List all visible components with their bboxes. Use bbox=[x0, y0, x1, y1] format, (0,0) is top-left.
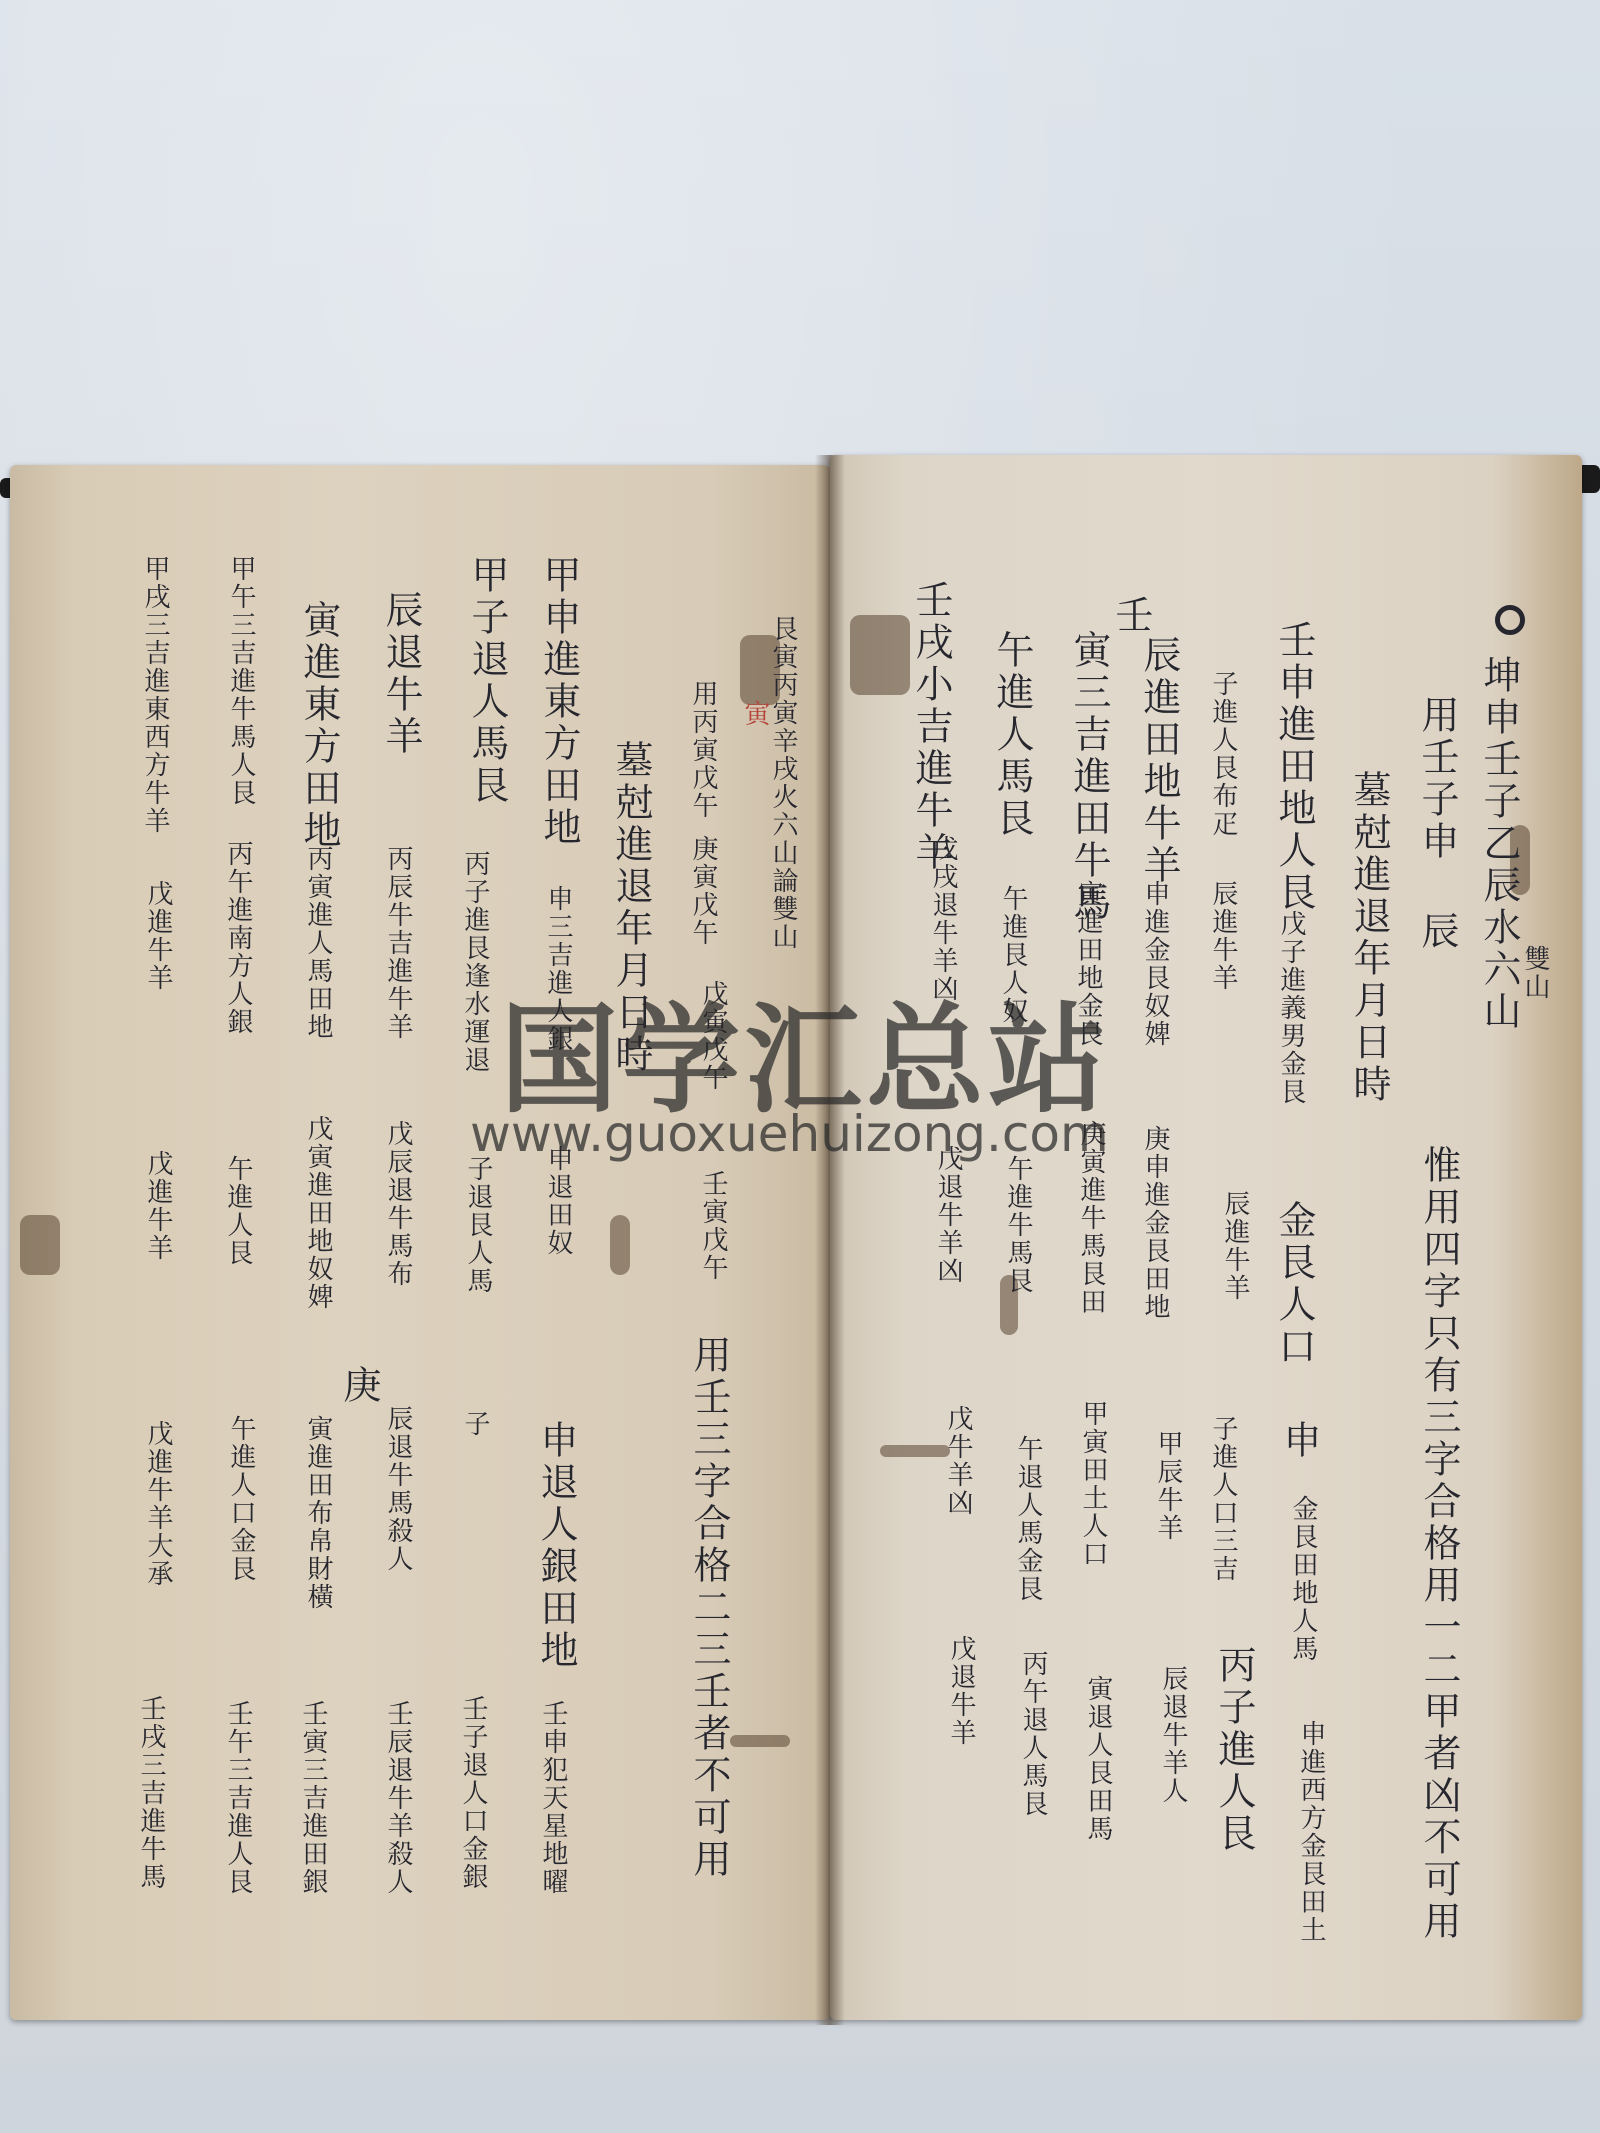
text-column: 甲寅田土人口 bbox=[1080, 1400, 1106, 1568]
text-column: 用壬子申 辰 bbox=[1418, 695, 1456, 953]
text-column: 惟用四字只有三字合格用一二甲者凶不可用 bbox=[1420, 1145, 1458, 1943]
text-column: 甲午三吉進牛馬人艮 bbox=[228, 555, 254, 807]
text-column: 丙午進南方人銀 bbox=[225, 840, 251, 1036]
text-column: 戊辰退牛馬布 bbox=[385, 1120, 411, 1288]
text-column: 壬 bbox=[1112, 595, 1150, 637]
text-column: 壬戌小吉進牛羊 bbox=[912, 580, 950, 874]
text-column: 壬申犯天星地曜 bbox=[540, 1700, 566, 1896]
text-column: 壬寅戊午 bbox=[700, 1170, 726, 1282]
text-column: 庚寅戊午 bbox=[690, 835, 716, 947]
watermark-url: www.guoxuehuizong.com bbox=[470, 1105, 1109, 1163]
wormhole bbox=[880, 1445, 950, 1457]
text-column: 寅進田布帛財橫 bbox=[305, 1415, 331, 1611]
text-column: 丙辰牛吉進牛羊 bbox=[385, 845, 411, 1041]
text-column: 用壬三字合格二三壬者不可用 bbox=[690, 1335, 728, 1881]
text-column: 戊牛羊凶 bbox=[945, 1405, 971, 1517]
text-column: 丙寅進人馬田地 bbox=[305, 845, 331, 1041]
section-marker-circle bbox=[1495, 605, 1525, 635]
text-column: 壬寅三吉進田銀 bbox=[300, 1700, 326, 1896]
text-column: 申進金艮奴婢 bbox=[1142, 880, 1168, 1048]
title-column: 坤申壬子乙辰水六山 bbox=[1480, 655, 1518, 1033]
text-column: 金艮田地人馬 bbox=[1290, 1495, 1316, 1663]
text-column: 金艮人口 bbox=[1275, 1200, 1313, 1368]
text-column: 戊退牛羊 bbox=[948, 1635, 974, 1747]
wormhole bbox=[610, 1215, 630, 1275]
text-column: 戊進牛羊 bbox=[145, 880, 171, 992]
text-column: 午退人馬金艮 bbox=[1015, 1435, 1041, 1603]
text-column: 寅退人艮田馬 bbox=[1085, 1675, 1111, 1843]
text-column: 辰退牛羊 bbox=[382, 590, 420, 758]
text-column: 子進人口三吉 bbox=[1210, 1415, 1236, 1583]
open-book: 坤申壬子乙辰水六山 雙山 用壬子申 辰 惟用四字只有三字合格用一二甲者凶不可用 … bbox=[0, 455, 1600, 2045]
text-column: 申進西方金艮田土 bbox=[1298, 1720, 1324, 1944]
text-column: 子 bbox=[462, 1410, 488, 1438]
text-column: 午進人艮 bbox=[225, 1155, 251, 1267]
text-column: 辰退牛羊人 bbox=[1160, 1665, 1186, 1805]
text-column: 丙午退人馬艮 bbox=[1020, 1650, 1046, 1818]
text-column: 寅進東方田地 bbox=[300, 600, 338, 852]
text-column: 辰進牛羊 bbox=[1222, 1190, 1248, 1302]
text-column: 午進人口金艮 bbox=[228, 1415, 254, 1583]
gutter-title-column: 艮寅丙寅辛戌火六山論雙山 bbox=[770, 615, 796, 951]
text-column: 辰進田地牛羊 bbox=[1140, 635, 1178, 887]
text-column: 壬戌三吉進牛馬 bbox=[138, 1695, 164, 1891]
wormhole bbox=[850, 615, 910, 695]
title-note: 雙山 bbox=[1522, 945, 1548, 1001]
text-column: 子進人艮布疋 bbox=[1210, 670, 1236, 838]
text-column: 申退人銀田地 bbox=[537, 1420, 575, 1672]
text-column: 子退艮人馬 bbox=[465, 1155, 491, 1295]
text-column: 庚申進金艮田地 bbox=[1142, 1125, 1168, 1321]
text-column: 甲辰牛羊 bbox=[1155, 1430, 1181, 1542]
text-column: 甲申進東方田地 bbox=[540, 555, 578, 849]
text-column: 墓尅進退年月日時 bbox=[1350, 770, 1388, 1106]
text-column: 丙子進艮逢水運退 bbox=[462, 850, 488, 1074]
text-column: 甲子退人馬艮 bbox=[468, 555, 506, 807]
red-stamp-char: 寅 bbox=[742, 700, 768, 728]
text-column: 用丙寅戊午 bbox=[690, 680, 716, 820]
text-column: 戊進牛羊大承 bbox=[145, 1420, 171, 1588]
text-column: 壬午三吉進人艮 bbox=[225, 1700, 251, 1896]
text-column: 丙子進人艮 bbox=[1215, 1645, 1253, 1855]
text-column: 辰退牛馬殺人 bbox=[385, 1405, 411, 1573]
text-column: 庚 bbox=[340, 1365, 378, 1407]
text-column: 申 bbox=[1280, 1420, 1318, 1462]
text-column: 戊子進義男金艮 bbox=[1278, 910, 1304, 1106]
text-column: 戊寅進田地奴婢 bbox=[305, 1115, 331, 1311]
text-column: 午進人馬艮 bbox=[993, 630, 1031, 840]
text-column: 壬申進田地人艮 bbox=[1275, 620, 1313, 914]
book-spine bbox=[815, 455, 845, 2025]
text-column: 戊進牛羊 bbox=[145, 1150, 171, 1262]
text-column: 壬辰退牛羊殺人 bbox=[385, 1700, 411, 1896]
text-column: 壬子退人口金銀 bbox=[460, 1695, 486, 1891]
text-column: 午進牛馬艮 bbox=[1005, 1155, 1031, 1295]
text-column: 甲戌三吉進東西方牛羊 bbox=[142, 555, 168, 835]
wormhole bbox=[20, 1215, 60, 1275]
text-column: 戊退牛羊凶 bbox=[935, 1145, 961, 1285]
text-column: 辰進牛羊 bbox=[1210, 880, 1236, 992]
wormhole bbox=[730, 1735, 790, 1747]
